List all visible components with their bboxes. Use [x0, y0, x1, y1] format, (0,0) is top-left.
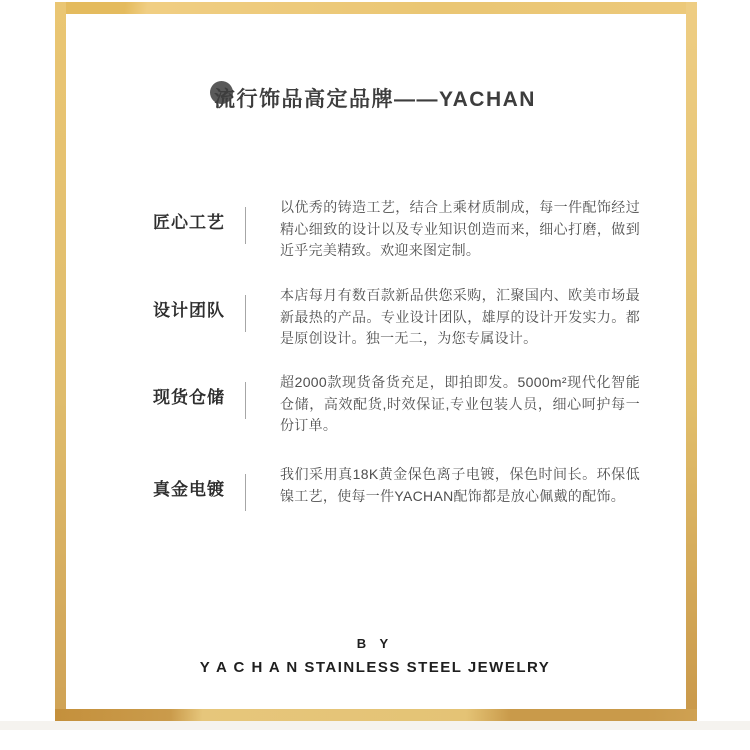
- feature-label: 匠心工艺: [153, 197, 245, 233]
- feature-section-craftsmanship: 匠心工艺 以优秀的铸造工艺，结合上乘材质制成，每一件配饰经过精心细致的设计以及专…: [153, 197, 640, 262]
- feature-section-design-team: 设计团队 本店每月有数百款新品供您采购，汇聚国内、欧美市场最新最热的产品。专业设…: [153, 285, 640, 350]
- title-wrap: 流行饰品高定品牌——YACHAN: [214, 83, 536, 113]
- feature-description: 本店每月有数百款新品供您采购，汇聚国内、欧美市场最新最热的产品。专业设计团队，雄…: [246, 285, 640, 350]
- feature-description: 我们采用真18K黄金保色离子电镀，保色时间长。环保低镍工艺，使每一件YACHAN…: [246, 464, 640, 507]
- feature-label: 现货仓储: [153, 372, 245, 408]
- feature-section-warehouse: 现货仓储 超2000款现货备货充足，即拍即发。5000m²现代化智能仓储，高效配…: [153, 372, 640, 437]
- gold-frame-bottom: [55, 709, 697, 721]
- gold-frame-top: [55, 2, 697, 14]
- feature-section-gold-plating: 真金电镀 我们采用真18K黄金保色离子电镀，保色时间长。环保低镍工艺，使每一件Y…: [153, 464, 640, 511]
- feature-description: 超2000款现货备货充足，即拍即发。5000m²现代化智能仓储，高效配货,时效保…: [246, 372, 640, 437]
- feature-label: 设计团队: [153, 285, 245, 321]
- footer-by-label: B Y: [0, 636, 750, 651]
- title-row: 流行饰品高定品牌——YACHAN: [0, 83, 750, 113]
- footer-brand-line: Y A C H A N STAINLESS STEEL JEWELRY: [0, 659, 750, 676]
- page-title: 流行饰品高定品牌——YACHAN: [214, 88, 536, 111]
- feature-description: 以优秀的铸造工艺，结合上乘材质制成，每一件配饰经过精心细致的设计以及专业知识创造…: [246, 197, 640, 262]
- feature-label: 真金电镀: [153, 464, 245, 500]
- frame-shadow-strip: [0, 721, 750, 730]
- promo-page: 流行饰品高定品牌——YACHAN 匠心工艺 以优秀的铸造工艺，结合上乘材质制成，…: [0, 0, 750, 750]
